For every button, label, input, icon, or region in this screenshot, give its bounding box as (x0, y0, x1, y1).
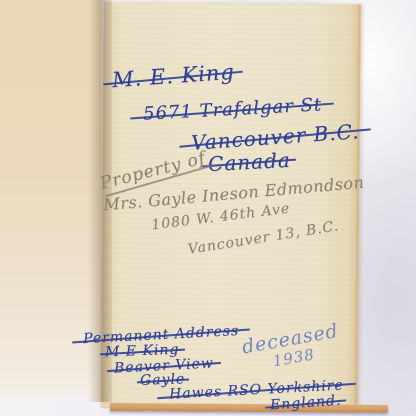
page-stack-bottom-edge (110, 403, 388, 413)
photo-of-open-book: M. E. King 5671 Trafalgar St Vancouver B… (0, 0, 416, 416)
inscription-country-old: Canada (208, 150, 292, 174)
